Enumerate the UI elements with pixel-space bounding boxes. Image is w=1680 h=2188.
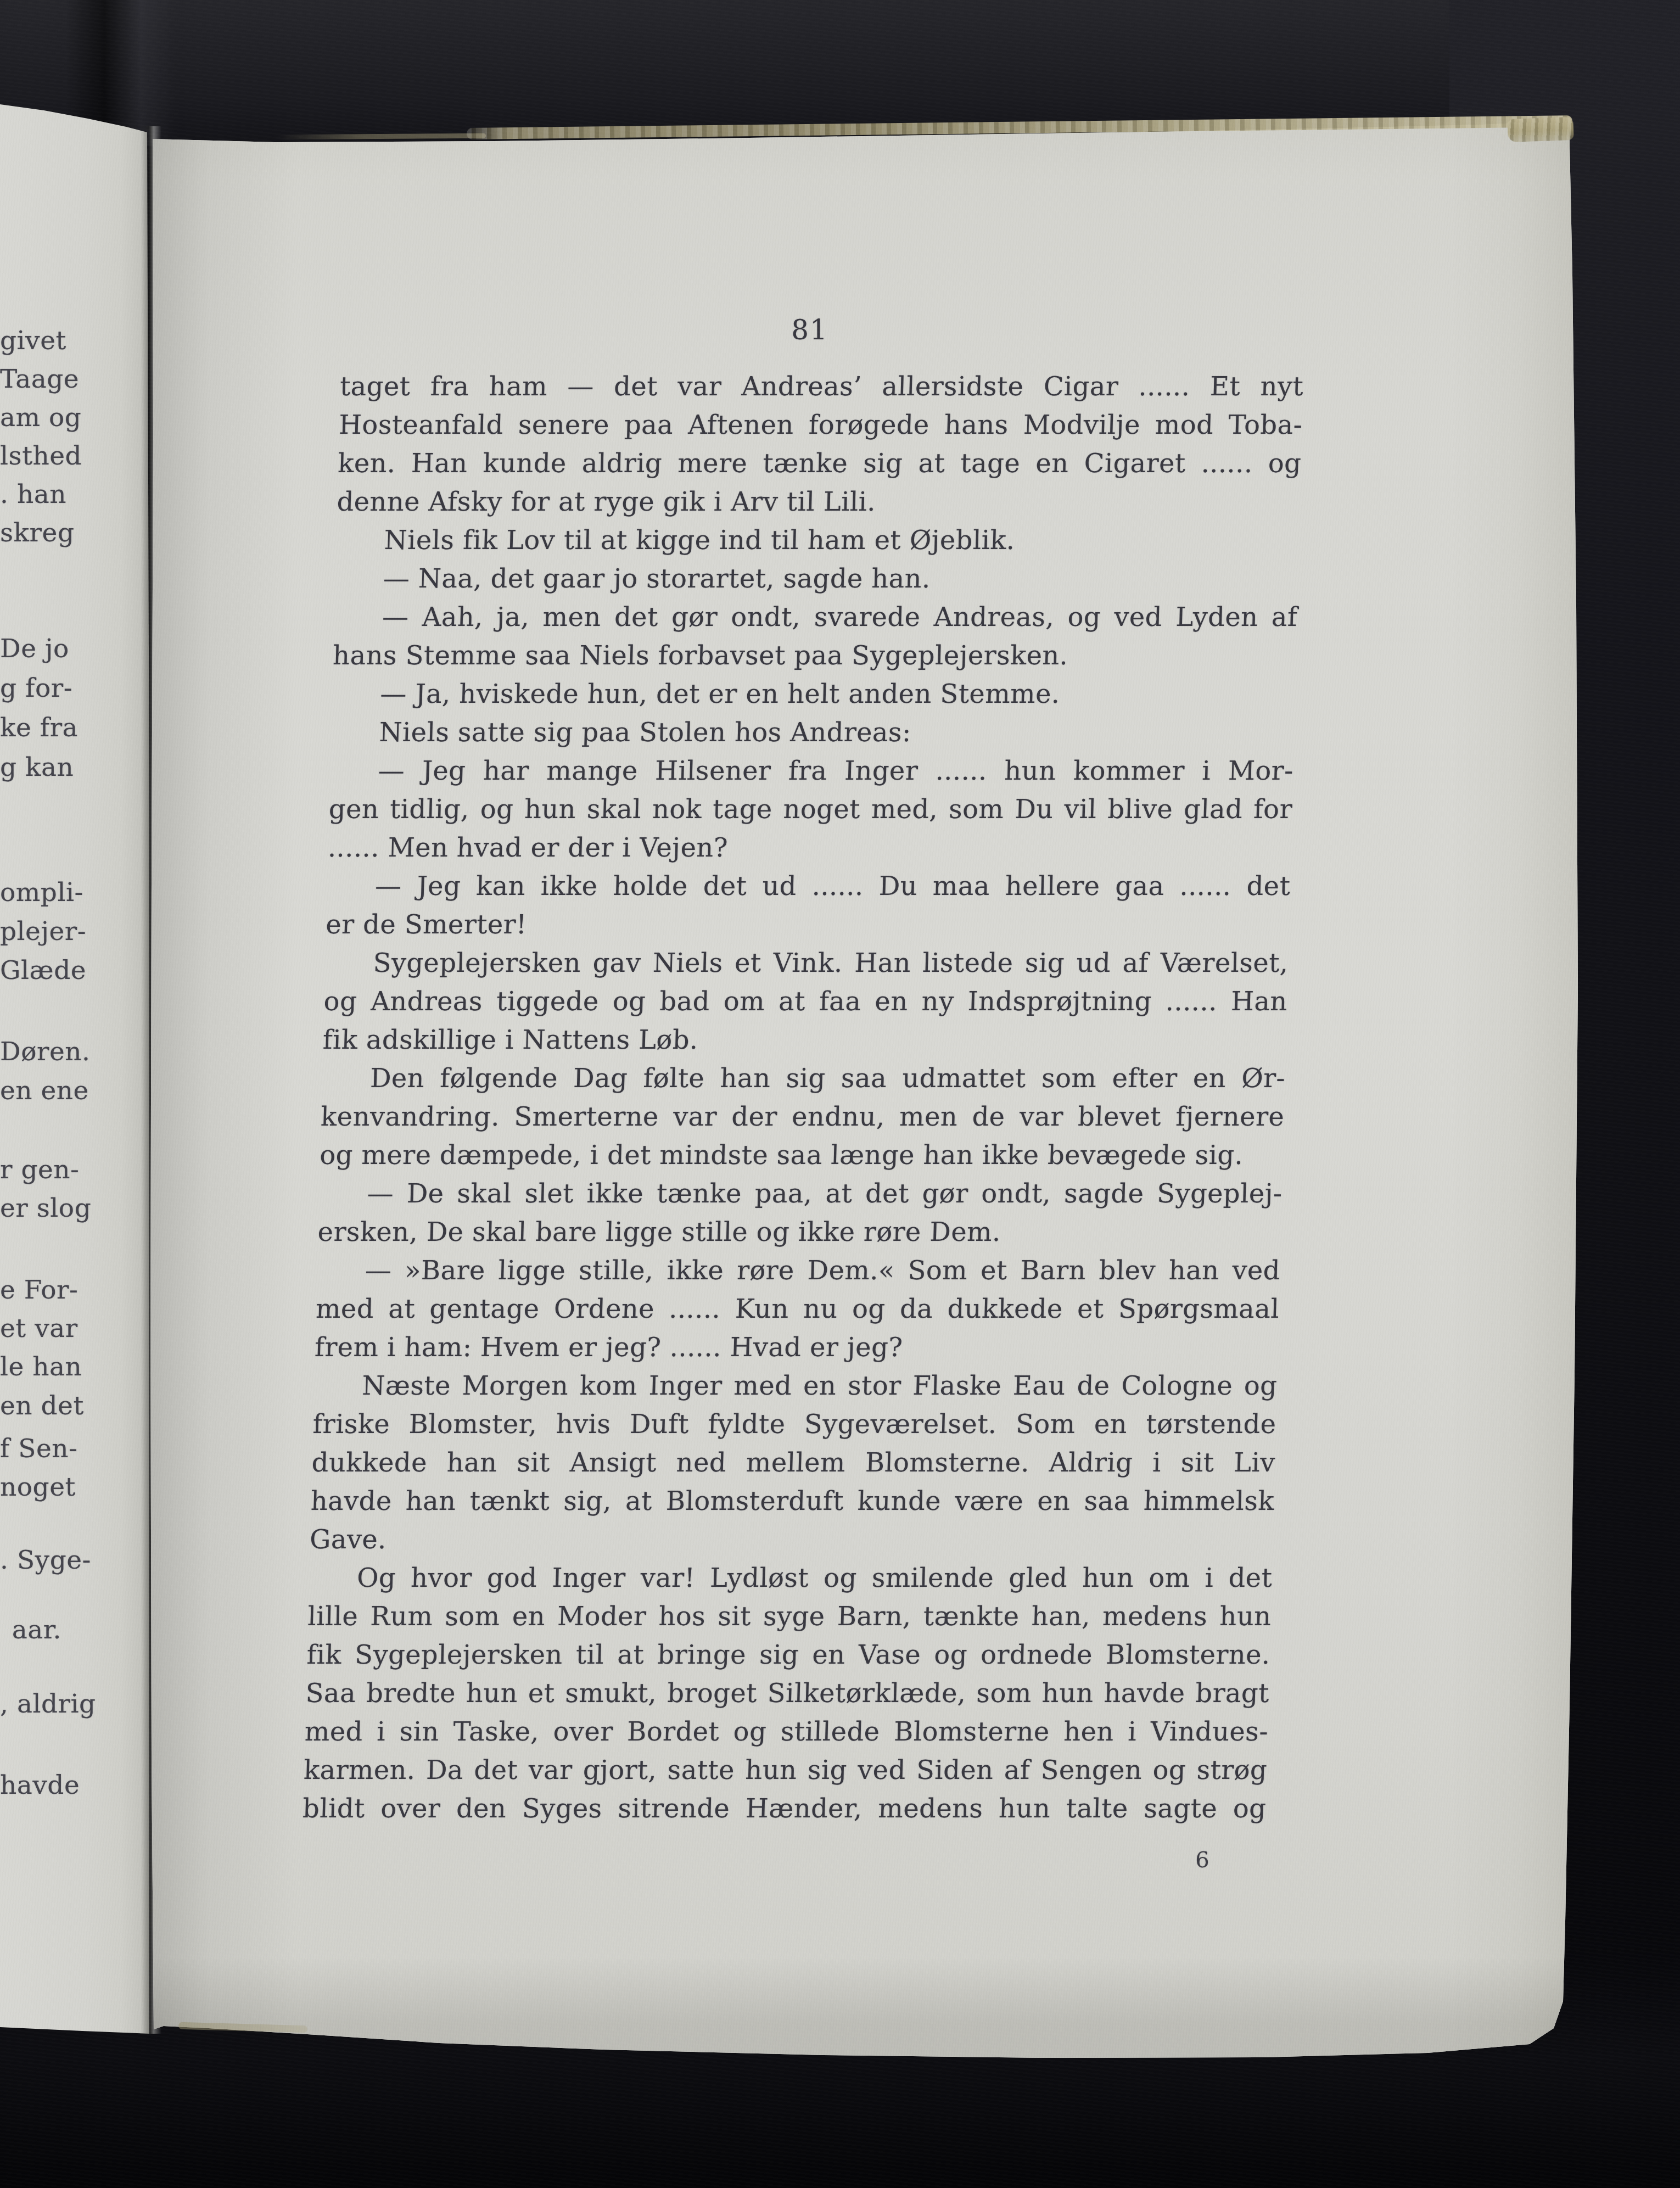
left-page-fragment: aar.	[0, 1614, 61, 1646]
page-number: 81	[329, 311, 1290, 349]
book-page: 81 taget fra ham — det var Andreas’ alle…	[0, 0, 1680, 2188]
body-line: med at gentage Ordene ...... Kun nu og d…	[315, 1290, 1280, 1328]
body-line: taget fra ham — det var Andreas’ allersi…	[339, 367, 1304, 406]
body-line: og mere dæmpede, i det mindste saa længe…	[320, 1136, 1284, 1174]
body-line: kenvandring. Smerterne var der endnu, me…	[320, 1098, 1285, 1136]
deckle-edge-corner	[1507, 117, 1573, 142]
left-page-fragment: lsthed	[0, 440, 61, 472]
left-page-fragment: en det	[0, 1390, 61, 1422]
body-line: Den følgende Dag følte han sig saa udmat…	[321, 1059, 1286, 1098]
body-line: ...... Men hvad er der i Vejen?	[327, 829, 1292, 867]
left-page-fragment: ke fra	[0, 712, 61, 744]
body-line: havde han tænkt sig, at Blomsterduft kun…	[310, 1482, 1275, 1520]
body-line: Sygeplejersken gav Niels et Vink. Han li…	[324, 944, 1289, 982]
body-line: Saa bredte hun et smukt, broget Silketør…	[305, 1674, 1270, 1713]
body-line: ersken, De skal bare ligge stille og ikk…	[317, 1213, 1282, 1251]
left-page-fragment: et var	[0, 1313, 61, 1345]
left-page-fragment: am og	[0, 402, 61, 434]
page-text: taget fra ham — det var Andreas’ allersi…	[302, 367, 1304, 1828]
body-line: Og hvor god Inger var! Lydløst og smilen…	[308, 1559, 1273, 1597]
body-line: karmen. Da det var gjort, satte hun sig …	[303, 1751, 1268, 1789]
left-page-fragment: le han	[0, 1351, 61, 1383]
left-page-fragment: Taage	[0, 363, 61, 395]
body-line: fik Sygeplejersken til at bringe sig en …	[306, 1636, 1271, 1674]
signature-mark: 6	[1180, 1845, 1224, 1876]
body-line: — Aah, ja, men det gør ondt, svarede And…	[333, 598, 1298, 636]
body-line: Niels fik Lov til at kigge ind til ham e…	[335, 521, 1300, 559]
left-page-fragment: . Syge-	[0, 1545, 61, 1576]
left-page-fragment: ompli-	[0, 877, 61, 909]
left-page-fragment: givet	[0, 325, 61, 357]
body-line: friske Blomster, hvis Duft fyldte Sygevæ…	[312, 1405, 1277, 1443]
left-page-fragment: . han	[0, 479, 61, 511]
body-line: med i sin Taske, over Bordet og stillede…	[304, 1713, 1269, 1751]
body-line: — Naa, det gaar jo storartet, sagde han.	[334, 559, 1299, 598]
body-line: og Andreas tiggede og bad om at faa en n…	[323, 982, 1288, 1021]
left-page-fragment: g for-	[0, 673, 61, 704]
left-page-fragment: Døren.	[0, 1036, 61, 1068]
left-page-fragment: havde	[0, 1770, 61, 1801]
body-line: gen tidlig, og hun skal nok tage noget m…	[328, 790, 1293, 829]
left-page-fragment: e For-	[0, 1274, 61, 1306]
body-line: Næste Morgen kom Inger med en stor Flask…	[313, 1367, 1278, 1405]
body-line: blidt over den Syges sitrende Hænder, me…	[302, 1789, 1267, 1828]
left-page-fragment: plejer-	[0, 916, 61, 948]
left-page-fragment: er slog	[0, 1193, 61, 1224]
body-line: dukkede han sit Ansigt ned mellem Blomst…	[311, 1443, 1276, 1482]
body-line: — Jeg kan ikke holde det ud ...... Du ma…	[326, 867, 1291, 905]
body-line: frem i ham: Hvem er jeg? ...... Hvad er …	[314, 1328, 1279, 1367]
left-page-fragment: skreg	[0, 517, 61, 549]
body-line: Gave.	[309, 1520, 1274, 1559]
left-page-fragment: en ene	[0, 1075, 61, 1107]
body-line: lille Rum som en Moder hos sit syge Barn…	[307, 1597, 1272, 1636]
body-line: — Ja, hviskede hun, det er en helt anden…	[332, 675, 1296, 713]
body-line: Niels satte sig paa Stolen hos Andreas:	[331, 713, 1295, 752]
body-line: fik adskillige i Nattens Løb.	[322, 1021, 1287, 1059]
body-line: ken. Han kunde aldrig mere tænke sig at …	[338, 444, 1302, 483]
body-line: denne Afsky for at ryge gik i Arv til Li…	[337, 483, 1301, 521]
body-line: Hosteanfald senere paa Aftenen forøgede …	[338, 406, 1303, 444]
body-line: hans Stemme saa Niels forbavset paa Syge…	[332, 636, 1297, 675]
left-page-fragment: noget	[0, 1471, 61, 1503]
body-line: — De skal slet ikke tænke paa, at det gø…	[318, 1174, 1283, 1213]
left-page-fragment: De jo	[0, 633, 61, 665]
body-line: — »Bare ligge stille, ikke røre Dem.« So…	[316, 1251, 1281, 1290]
left-page-fragment: r gen-	[0, 1154, 61, 1186]
body-line: — Jeg har mange Hilsener fra Inger .....…	[329, 752, 1294, 790]
book-photo-scene: givetTaageam oglsthed. hanskregDe jog fo…	[0, 0, 1680, 2188]
left-page-fragment: g kan	[0, 752, 61, 784]
left-page-fragment: , aldrig	[0, 1688, 61, 1720]
left-page-fragment: f Sen-	[0, 1433, 61, 1465]
body-line: er de Smerter!	[326, 905, 1290, 944]
left-page-fragment: Glæde	[0, 955, 61, 987]
